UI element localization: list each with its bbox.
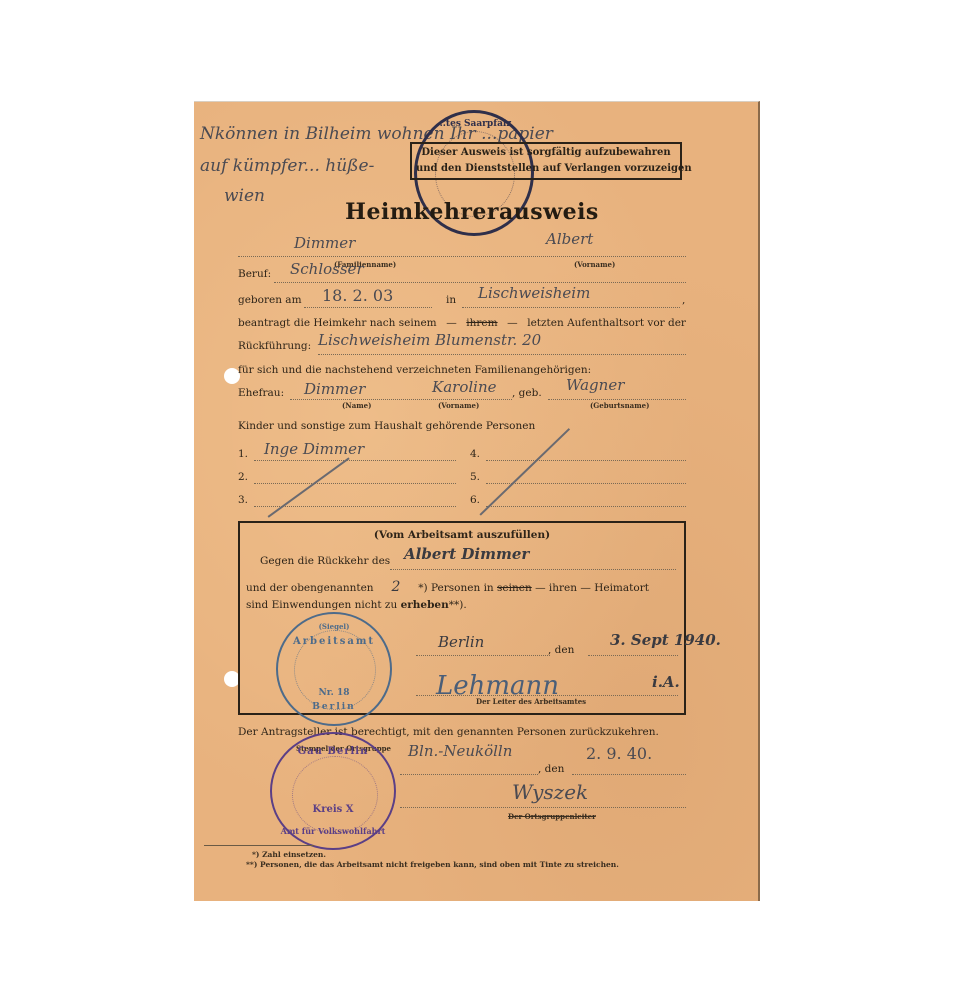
- profession-line: [274, 282, 686, 283]
- surname-value: Dimmer: [294, 234, 355, 252]
- authorization-place-value: Bln.-Neukölln: [408, 742, 512, 760]
- birth-date-value: 18. 2. 03: [322, 286, 393, 305]
- authorization-signature: Wyszek: [512, 780, 588, 804]
- wife-birthname-value: Wagner: [566, 376, 624, 394]
- name-line: [238, 256, 686, 257]
- footnote-divider: [204, 845, 314, 846]
- birth-in-label: in: [446, 294, 456, 306]
- wife-name-value: Dimmer: [304, 380, 365, 398]
- child-number: 5.: [470, 471, 480, 483]
- persons-suffix: — ihren — Heimatort: [535, 582, 649, 594]
- office-signature-suffix: i.A.: [652, 673, 680, 691]
- notice-line: und den Dienststellen auf Verlangen vorz…: [416, 161, 676, 177]
- seal-number-text: Nr. 18: [278, 688, 390, 698]
- persons-line: und der obengenannten 2 *) Personen in s…: [246, 579, 678, 595]
- notice-box: Dieser Ausweis ist sorgfältig aufzubewah…: [410, 142, 682, 180]
- family-intro: für sich und die nachstehend verzeichnet…: [238, 364, 591, 376]
- child-number: 6.: [470, 494, 480, 506]
- office-date-value: 3. Sept 1940.: [610, 631, 721, 649]
- request-text-after: letzten Aufenthaltsort vor der: [527, 317, 686, 329]
- seal-ring-text: ...tes Saarpfalz: [417, 119, 531, 129]
- birth-place-line: [462, 307, 680, 308]
- birth-date-line: [304, 307, 432, 308]
- child-number: 3.: [238, 494, 248, 506]
- persons-prefix: und der obengenannten: [246, 582, 374, 594]
- section-heading: (Vom Arbeitsamt auszufüllen): [240, 529, 684, 541]
- profession-label: Beruf:: [238, 268, 271, 280]
- profession-value: Schlosser: [290, 260, 364, 278]
- authorization-den-label: , den: [538, 763, 564, 775]
- authorization-place-line: [400, 774, 538, 775]
- office-signature-label: Der Leiter des Arbeitsamtes: [476, 697, 586, 706]
- local-group-seal: Gau Berlin Kreis X Amt für Volkswohlfahr…: [270, 732, 396, 850]
- wife-label: Ehefrau:: [238, 387, 284, 399]
- persons-count: 2: [377, 579, 415, 595]
- seal-city-text: Berlin: [278, 702, 390, 712]
- authorization-signature-label: Der Ortsgruppenleiter: [508, 812, 596, 821]
- cancel-slash: [268, 457, 350, 517]
- office-place-value: Berlin: [438, 633, 484, 651]
- footnote: *) Zahl einsetzen.: [252, 850, 326, 859]
- repatriation-line: [318, 354, 686, 355]
- wife-birthname-label: (Geburtsname): [590, 401, 649, 410]
- notice-line: Dieser Ausweis ist sorgfältig aufzubewah…: [416, 145, 676, 161]
- authorization-date-value: 2. 9. 40.: [586, 744, 652, 763]
- wife-firstname-value: Karoline: [432, 378, 496, 396]
- child-number: 2.: [238, 471, 248, 483]
- against-value: Albert Dimmer: [404, 545, 529, 563]
- wife-name-line: [290, 399, 512, 400]
- margin-note-line: auf kümpfer... hüße-: [200, 156, 374, 176]
- persons-suffix: *) Personen in: [418, 582, 493, 594]
- document-title: Heimkehrerausweis: [342, 199, 602, 225]
- children-heading: Kinder und sonstige zum Haushalt gehören…: [238, 420, 535, 432]
- objection-word: erheben: [401, 599, 449, 611]
- objection-end: **).: [449, 599, 467, 611]
- office-place-line: [416, 655, 550, 656]
- child-line: [254, 483, 456, 484]
- wife-name-label: (Name): [342, 401, 371, 410]
- against-label: Gegen die Rückkehr des: [260, 555, 390, 567]
- authorization-date-line: [572, 774, 686, 775]
- seal-inner-ring: [292, 756, 378, 834]
- document-page: Nkönnen in Bilheim wohnen Ihr ...papier …: [194, 101, 760, 901]
- seal-inner-ring: [294, 630, 376, 710]
- persons-struck-word: seinen: [497, 582, 532, 594]
- request-dash: —: [507, 317, 518, 329]
- cancel-slash: [479, 428, 569, 515]
- request-dash: —: [446, 317, 457, 329]
- against-line: [390, 569, 676, 570]
- child-line: [486, 460, 686, 461]
- child-line: [254, 506, 456, 507]
- wife-birthname-line: [548, 399, 686, 400]
- authorization-text: Der Antragsteller ist berechtigt, mit de…: [238, 726, 659, 738]
- firstname-label: (Vorname): [574, 260, 615, 269]
- seal-district-text: Kreis X: [272, 804, 394, 815]
- footnote: **) Personen, die das Arbeitsamt nicht f…: [246, 860, 619, 869]
- office-date-line: [588, 655, 678, 656]
- employment-office-seal: (Siegel) Arbeitsamt Nr. 18 Berlin: [276, 612, 392, 726]
- request-line: beantragt die Heimkehr nach seinem — ihr…: [238, 317, 686, 329]
- child-line: [486, 506, 686, 507]
- birth-trailing: ,: [682, 294, 685, 306]
- repatriation-value: Lischweisheim Blumenstr. 20: [318, 331, 541, 349]
- office-signature-line: [416, 695, 678, 696]
- office-den-label: , den: [548, 644, 574, 656]
- child-number: 4.: [470, 448, 480, 460]
- objection-text: sind Einwendungen nicht zu: [246, 599, 397, 611]
- child-number: 1.: [238, 448, 248, 460]
- wife-geb-label: , geb.: [512, 387, 542, 399]
- child-line: [486, 483, 686, 484]
- birth-place-value: Lischweisheim: [478, 284, 590, 302]
- wife-firstname-label: (Vorname): [438, 401, 479, 410]
- margin-note-line: wien: [224, 186, 265, 206]
- seal-bottom-text: Amt für Volkswohlfahrt: [272, 826, 394, 836]
- repatriation-label: Rückführung:: [238, 340, 311, 352]
- child-value: Inge Dimmer: [264, 440, 364, 458]
- firstname-value: Albert: [546, 230, 593, 248]
- child-line: [254, 460, 456, 461]
- request-struck-word: ihrem: [466, 317, 497, 329]
- objection-line: sind Einwendungen nicht zu erheben**).: [246, 599, 467, 611]
- request-text-before: beantragt die Heimkehr nach seinem: [238, 317, 437, 329]
- authorization-signature-line: [400, 807, 686, 808]
- birth-label: geboren am: [238, 294, 302, 306]
